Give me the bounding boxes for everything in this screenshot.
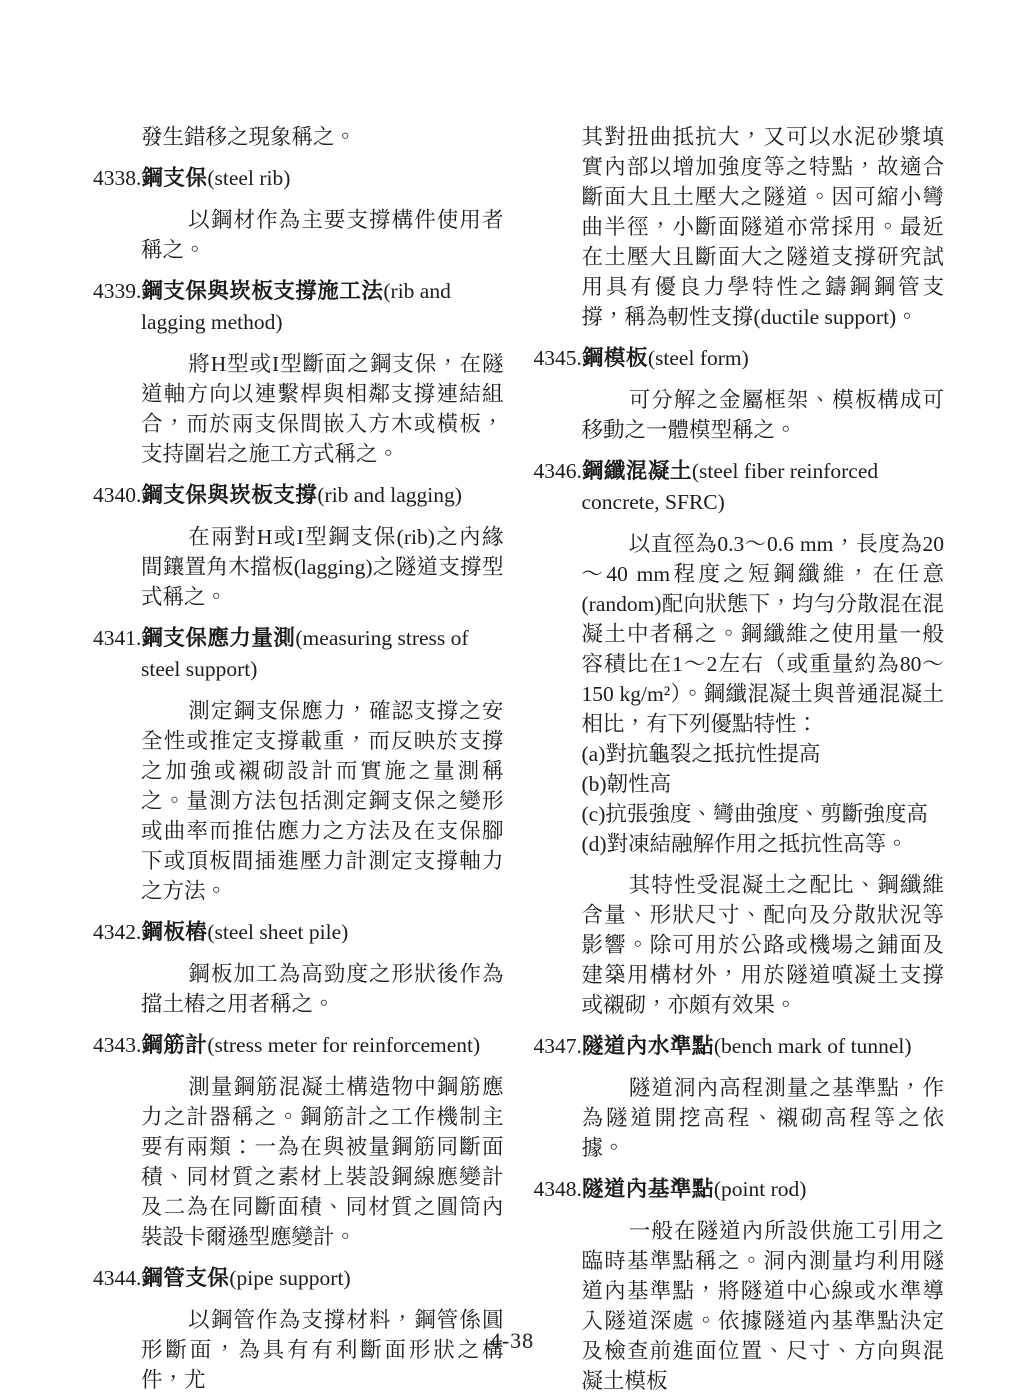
term-number: 4344. — [93, 1266, 141, 1290]
term-name-en: (stress meter for reinforcement) — [207, 1033, 480, 1057]
continuation-paragraph: 發生錯移之現象稱之。 — [141, 122, 504, 152]
term-entry-4348: 4348.隧道內基準點(point rod) 一般在隧道內所設供施工引用之臨時基… — [534, 1174, 945, 1396]
term-number: 4348. — [534, 1177, 582, 1201]
term-name-zh: 鋼纖混凝土 — [582, 459, 692, 483]
term-name-zh: 鋼支保 — [141, 166, 207, 190]
term-entry-4341: 4341.鋼支保應力量測(measuring stress of steel s… — [93, 623, 504, 906]
list-line-b: (b)韌性高 — [582, 769, 945, 799]
list-line-d: (d)對凍結融解作用之抵抗性高等。 — [582, 829, 945, 859]
term-number: 4341. — [93, 626, 141, 650]
term-entry-4342: 4342.鋼板樁(steel sheet pile) 鋼板加工為高勁度之形狀後作… — [93, 917, 504, 1019]
term-heading: 4346.鋼纖混凝土(steel fiber reinforced concre… — [534, 456, 945, 518]
continuation-paragraph: 其對扭曲抵抗大，又可以水泥砂漿填實內部以增加強度等之特點，故適合斷面大且土壓大之… — [582, 122, 945, 332]
term-entry-4347: 4347.隧道內水準點(bench mark of tunnel) 隧道洞內高程… — [534, 1031, 945, 1163]
term-name-zh: 鋼支保應力量測 — [141, 626, 295, 650]
definition-paragraph: 其特性受混凝土之配比、鋼纖維含量、形狀尺寸、配向及分散狀況等影響。除可用於公路或… — [582, 870, 945, 1020]
term-heading: 4343.鋼筋計(stress meter for reinforcement) — [93, 1030, 504, 1061]
term-number: 4342. — [93, 920, 141, 944]
term-name-zh: 隧道內水準點 — [582, 1034, 714, 1058]
definition-paragraph: 一般在隧道內所設供施工引用之臨時基準點稱之。洞內測量均利用隧道內基準點，將隧道中… — [582, 1216, 945, 1396]
definition-paragraph: 以直徑為0.3～0.6 mm，長度為20～40 mm程度之短鋼纖維，在任意(ra… — [582, 529, 945, 739]
term-heading: 4342.鋼板樁(steel sheet pile) — [93, 917, 504, 948]
term-heading: 4339.鋼支保與崁板支撐施工法(rib and lagging method) — [93, 276, 504, 338]
two-column-layout: 發生錯移之現象稱之。 4338.鋼支保(steel rib) 以鋼材作為主要支撐… — [93, 122, 944, 1396]
term-name-en: (pipe support) — [229, 1266, 350, 1290]
document-page: 發生錯移之現象稱之。 4338.鋼支保(steel rib) 以鋼材作為主要支撐… — [0, 0, 1024, 1400]
term-heading: 4341.鋼支保應力量測(measuring stress of steel s… — [93, 623, 504, 685]
term-name-en: (point rod) — [714, 1177, 807, 1201]
term-number: 4339. — [93, 279, 141, 303]
left-column: 發生錯移之現象稱之。 4338.鋼支保(steel rib) 以鋼材作為主要支撐… — [93, 122, 504, 1396]
term-entry-4340: 4340.鋼支保與崁板支撐(rib and lagging) 在兩對H或I型鋼支… — [93, 480, 504, 612]
definition-paragraph: 鋼板加工為高勁度之形狀後作為擋土樁之用者稱之。 — [141, 959, 504, 1019]
term-name-en: (steel rib) — [207, 166, 290, 190]
definition-paragraph: 測定鋼支保應力，確認支撐之安全性或推定支撐載重，而反映於支撐之加強或襯砌設計而實… — [141, 696, 504, 906]
term-name-zh: 鋼模板 — [582, 346, 648, 370]
definition-paragraph: 以鋼材作為主要支撐構件使用者稱之。 — [141, 205, 504, 265]
term-name-en: (bench mark of tunnel) — [714, 1034, 912, 1058]
term-entry-4343: 4343.鋼筋計(stress meter for reinforcement)… — [93, 1030, 504, 1252]
term-number: 4347. — [534, 1034, 582, 1058]
term-entry-4338: 4338.鋼支保(steel rib) 以鋼材作為主要支撐構件使用者稱之。 — [93, 163, 504, 265]
term-name-en: (steel form) — [648, 346, 749, 370]
definition-paragraph: 可分解之金屬框架、模板構成可移動之一體模型稱之。 — [582, 385, 945, 445]
term-heading: 4344.鋼管支保(pipe support) — [93, 1263, 504, 1294]
term-name-zh: 鋼板樁 — [141, 920, 207, 944]
term-heading: 4338.鋼支保(steel rib) — [93, 163, 504, 194]
term-heading: 4345.鋼模板(steel form) — [534, 343, 945, 374]
term-entry-4346: 4346.鋼纖混凝土(steel fiber reinforced concre… — [534, 456, 945, 1020]
definition-paragraph: 測量鋼筋混凝土構造物中鋼筋應力之計器稱之。鋼筋計之工作機制主要有兩類：一為在與被… — [141, 1072, 504, 1252]
list-line-c: (c)抗張強度、彎曲強度、剪斷強度高 — [582, 799, 945, 829]
term-entry-4339: 4339.鋼支保與崁板支撐施工法(rib and lagging method)… — [93, 276, 504, 469]
right-column: 其對扭曲抵抗大，又可以水泥砂漿填實內部以增加強度等之特點，故適合斷面大且土壓大之… — [534, 122, 945, 1396]
term-number: 4346. — [534, 459, 582, 483]
term-entry-4345: 4345.鋼模板(steel form) 可分解之金屬框架、模板構成可移動之一體… — [534, 343, 945, 445]
term-name-en: (steel sheet pile) — [207, 920, 348, 944]
term-number: 4340. — [93, 483, 141, 507]
term-name-zh: 鋼管支保 — [141, 1266, 229, 1290]
term-heading: 4340.鋼支保與崁板支撐(rib and lagging) — [93, 480, 504, 511]
term-name-zh: 鋼筋計 — [141, 1033, 207, 1057]
term-name-zh: 鋼支保與崁板支撐施工法 — [141, 279, 383, 303]
definition-paragraph: 在兩對H或I型鋼支保(rib)之內緣間鑲置角木擋板(lagging)之隧道支撐型… — [141, 522, 504, 612]
term-name-zh: 隧道內基準點 — [582, 1177, 714, 1201]
list-line-a: (a)對抗龜裂之抵抗性提高 — [582, 739, 945, 769]
term-number: 4343. — [93, 1033, 141, 1057]
term-number: 4345. — [534, 346, 582, 370]
page-number: 4-38 — [0, 1328, 1024, 1354]
term-name-zh: 鋼支保與崁板支撐 — [141, 483, 317, 507]
term-heading: 4347.隧道內水準點(bench mark of tunnel) — [534, 1031, 945, 1062]
term-name-en: (rib and lagging) — [317, 483, 462, 507]
definition-paragraph: 將H型或I型斷面之鋼支保，在隧道軸方向以連繫桿與相鄰支撐連結組合，而於兩支保間嵌… — [141, 349, 504, 469]
term-heading: 4348.隧道內基準點(point rod) — [534, 1174, 945, 1205]
term-number: 4338. — [93, 166, 141, 190]
definition-paragraph: 隧道洞內高程測量之基準點，作為隧道開挖高程、襯砌高程等之依據。 — [582, 1073, 945, 1163]
